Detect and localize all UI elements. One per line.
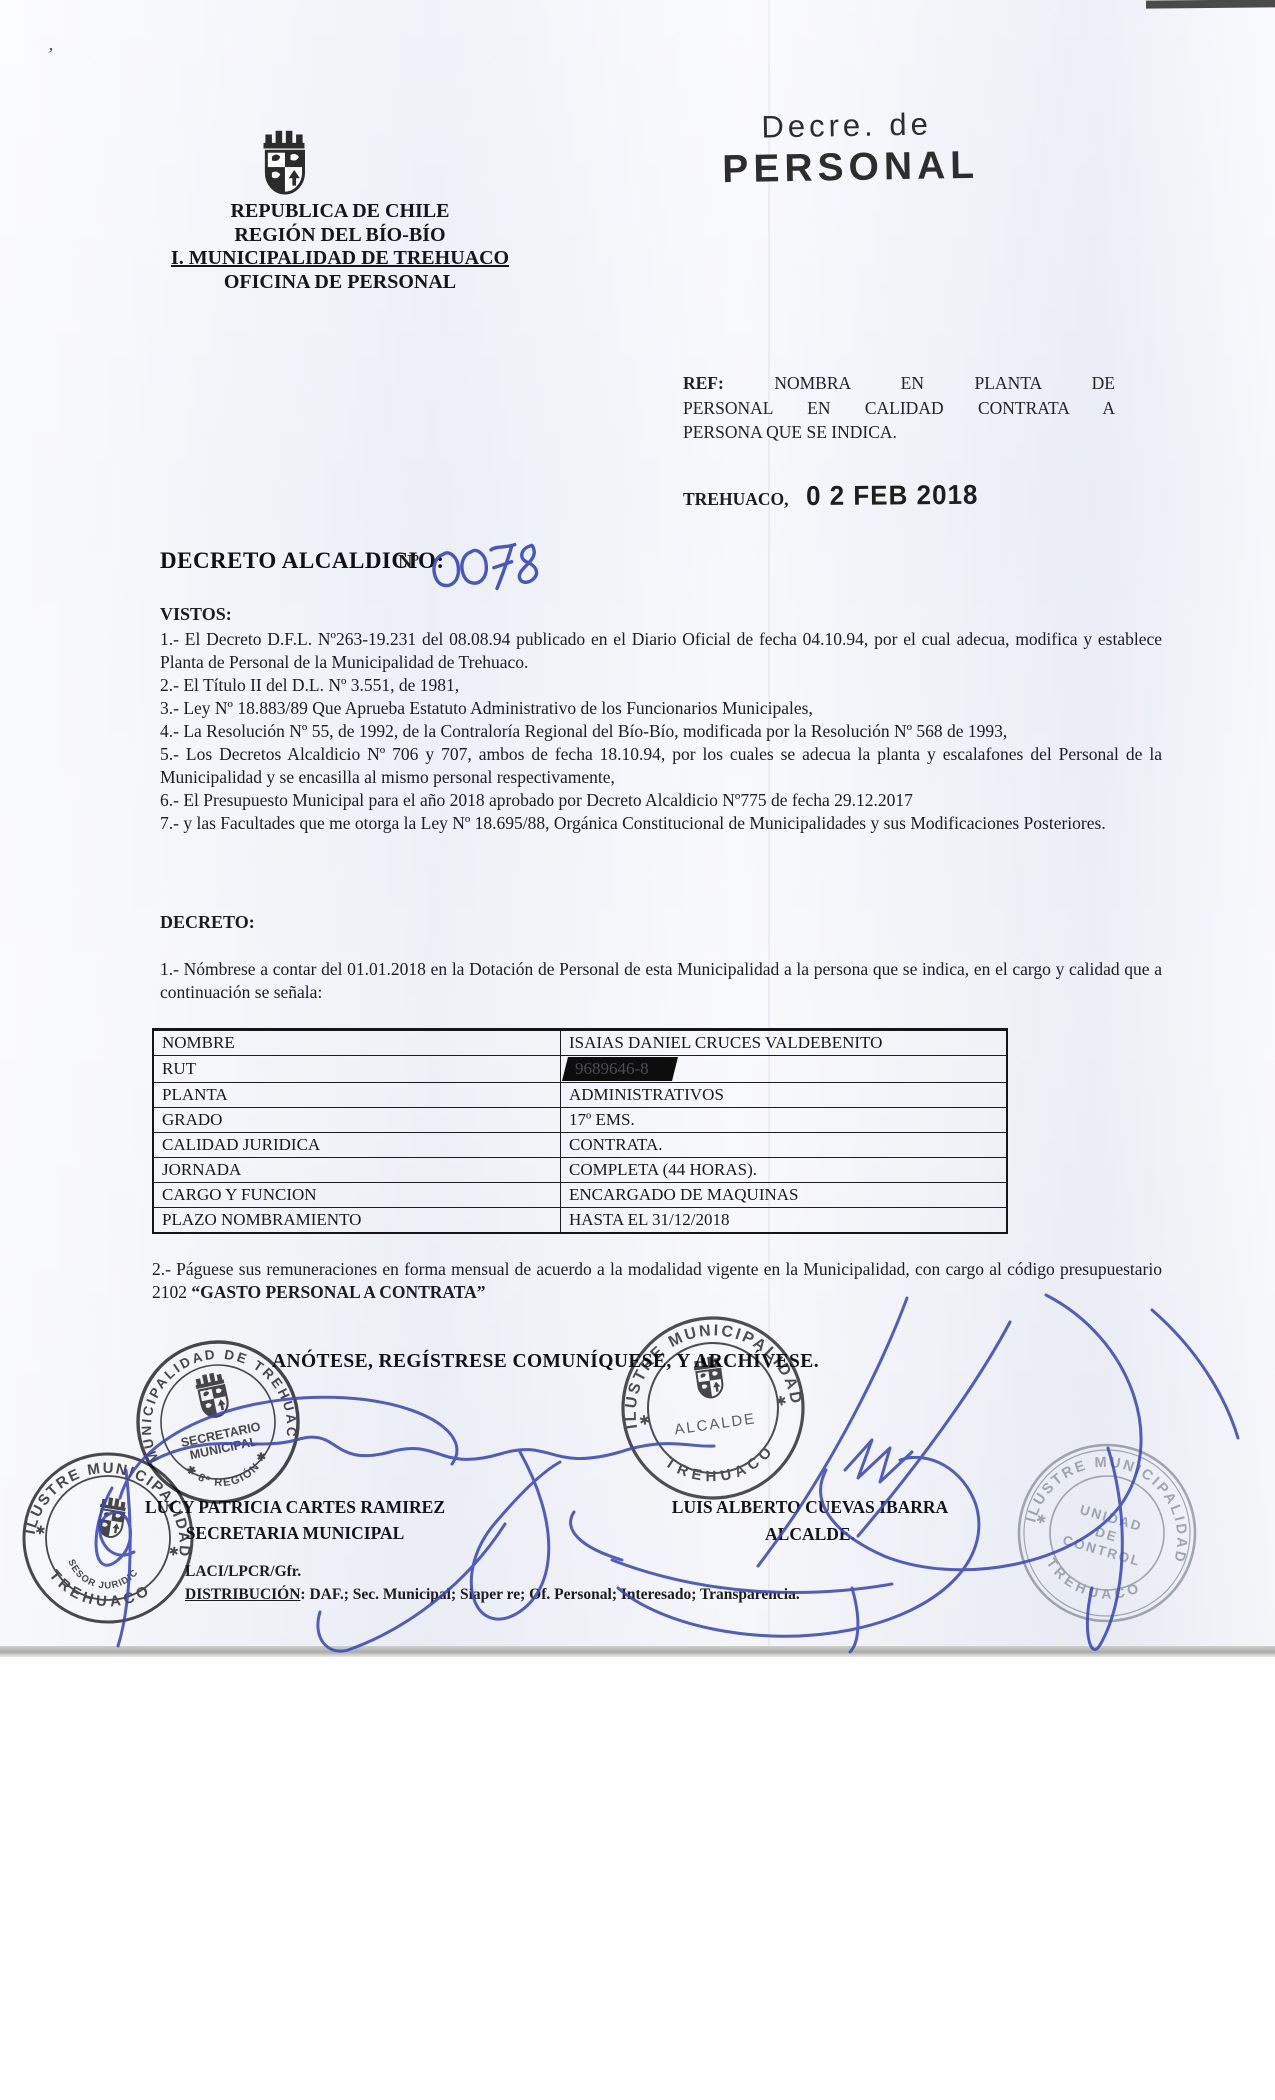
table-row: CALIDAD JURIDICACONTRATA. [153, 1133, 1007, 1158]
scan-edge-artifact [1146, 0, 1275, 9]
row-value: ADMINISTRATIVOS [561, 1083, 1008, 1108]
appointment-table: NOMBREISAIAS DANIEL CRUCES VALDEBENITO R… [152, 1028, 1008, 1234]
row-label: RUT [153, 1056, 561, 1083]
stamp-line2: PERSONAL [722, 144, 973, 192]
footer-initials: LACI/LPCR/Gfr. [185, 1563, 301, 1581]
vistos-item-7: 7.- y las Facultades que me otorga la Le… [160, 812, 1162, 835]
letterhead: REPUBLICA DE CHILE REGIÓN DEL BÍO-BÍO I.… [140, 200, 540, 294]
decreto-clause-2: 2.- Páguese sus remuneraciones en forma … [152, 1258, 1162, 1304]
vistos-items: 1.- El Decreto D.F.L. Nº263-19.231 del 0… [160, 628, 1162, 835]
table-row: PLANTAADMINISTRATIVOS [153, 1083, 1007, 1108]
row-value: 9689646-8 [561, 1056, 1008, 1083]
distribution-label: DISTRIBUCIÓN [185, 1586, 300, 1603]
national-coat-of-arms-logo [254, 128, 314, 208]
table-row: PLAZO NOMBRAMIENTOHASTA EL 31/12/2018 [153, 1208, 1007, 1234]
distribution-line: DISTRIBUCIÓN: DAF.; Sec. Municipal; Siap… [185, 1586, 885, 1604]
row-label: GRADO [153, 1108, 561, 1133]
table-row: RUT9689646-8 [153, 1056, 1007, 1083]
distribution-text: : DAF.; Sec. Municipal; Siaper re; Of. P… [300, 1586, 799, 1603]
row-value: CONTRATA. [561, 1133, 1008, 1158]
handwritten-decree-number [426, 533, 549, 605]
row-value: COMPLETA (44 HORAS). [561, 1158, 1008, 1183]
table-row: JORNADACOMPLETA (44 HORAS). [153, 1158, 1007, 1183]
decree-number-prefix: Nº [398, 551, 419, 574]
svg-text:TREHUACO: TREHUACO [660, 1439, 782, 1493]
scanned-decree-page: ’ Decre. de PERSONAL REPUBLICA DE CHILE … [0, 0, 1275, 2100]
asesor-stamp-star-left: ✱ [34, 1523, 46, 1538]
decreto-heading: DECRETO: [160, 912, 255, 933]
row-label: JORNADA [153, 1158, 561, 1183]
control-stamp-star: ✱ [1034, 1511, 1048, 1527]
vistos-item-5: 5.- Los Decretos Alcaldicio Nº 706 y 707… [160, 743, 1162, 789]
letterhead-country: REPUBLICA DE CHILE [140, 200, 540, 224]
ref-line2: PERSONAL EN CALIDAD CONTRATA A [683, 396, 1115, 421]
alcalde-stamp-star-left: ✱ [638, 1412, 651, 1428]
rut-redaction-bar: 9689646-8 [562, 1057, 678, 1081]
row-label: NOMBRE [153, 1030, 561, 1056]
dateline-city: TREHUACO, [683, 489, 789, 510]
date-ink-stamp: 0 2 FEB 2018 [806, 479, 979, 513]
stamp-line1: Decre. de [721, 106, 972, 146]
rut-value: 9689646-8 [575, 1059, 649, 1079]
alcalde-round-stamp: ILUSTRE MUNICIPALIDAD TREHUACO ✱ ✱ ALCAL… [606, 1301, 821, 1516]
personnel-decree-ink-stamp: Decre. de PERSONAL [721, 106, 972, 192]
row-value: 17º EMS. [561, 1108, 1008, 1133]
vistos-item-2: 2.- El Título II del D.L. Nº 3.551, de 1… [160, 674, 1162, 697]
asesor-juridico-round-stamp: ILUSTRE MUNICIPALIDAD TREHUACO ✱ ✱ ASESO… [5, 1435, 211, 1641]
asesor-stamp-ring-bottom: TREHUACO [42, 1565, 157, 1618]
ref-label: REF: [683, 373, 724, 393]
vistos-item-1: 1.- El Decreto D.F.L. Nº263-19.231 del 0… [160, 628, 1162, 674]
row-label: PLANTA [153, 1083, 561, 1108]
alcalde-stamp-center: ALCALDE [673, 1410, 757, 1438]
ref-line1: REF: NOMBRA EN PLANTA DE [683, 371, 1115, 396]
row-value: ENCARGADO DE MAQUINAS [561, 1183, 1008, 1208]
vistos-item-6: 6.- El Presupuesto Municipal para el año… [160, 789, 1162, 812]
table-row: GRADO17º EMS. [153, 1108, 1007, 1133]
vistos-item-4: 4.- La Resolución Nº 55, de 1992, de la … [160, 720, 1162, 743]
letterhead-region: REGIÓN DEL BÍO-BÍO [140, 224, 540, 248]
vistos-heading: VISTOS: [160, 604, 232, 625]
row-value: ISAIAS DANIEL CRUCES VALDEBENITO [561, 1030, 1008, 1056]
paper-bottom-edge [0, 1646, 1275, 1657]
ref-line3: PERSONA QUE SE INDICA. [683, 420, 1115, 445]
decreto-clause-1: 1.- Nómbrese a contar del 01.01.2018 en … [160, 958, 1162, 1004]
letterhead-office: OFICINA DE PERSONAL [140, 271, 540, 295]
letterhead-municipality: I. MUNICIPALIDAD DE TREHUACO [140, 247, 540, 271]
row-value: HASTA EL 31/12/2018 [561, 1208, 1008, 1234]
clause2-bold: “GASTO PERSONAL A CONTRATA” [191, 1282, 485, 1302]
asesor-stamp-star-right: ✱ [168, 1544, 180, 1559]
alcalde-stamp-star-right: ✱ [775, 1393, 788, 1409]
vistos-item-3: 3.- Ley Nº 18.883/89 Que Aprueba Estatut… [160, 697, 1162, 720]
row-label: CALIDAD JURIDICA [153, 1133, 561, 1158]
ref-line1-text: NOMBRA EN PLANTA DE [774, 373, 1115, 393]
asesor-stamp-ring-top: ILUSTRE MUNICIPALIDAD [22, 1447, 206, 1560]
row-label: PLAZO NOMBRAMIENTO [153, 1208, 561, 1234]
reference-block: REF: NOMBRA EN PLANTA DE PERSONAL EN CAL… [683, 371, 1115, 445]
alcalde-stamp-ring-bottom: TREHUACO [660, 1439, 782, 1493]
alcalde-title: ALCALDE. [655, 1521, 965, 1548]
row-label: CARGO Y FUNCION [153, 1183, 561, 1208]
table-row: CARGO Y FUNCIONENCARGADO DE MAQUINAS [153, 1183, 1007, 1208]
table-row: NOMBREISAIAS DANIEL CRUCES VALDEBENITO [153, 1030, 1007, 1056]
svg-text:TREHUACO: TREHUACO [42, 1565, 157, 1618]
svg-text:ILUSTRE MUNICIPALIDAD: ILUSTRE MUNICIPALIDAD [22, 1447, 206, 1560]
